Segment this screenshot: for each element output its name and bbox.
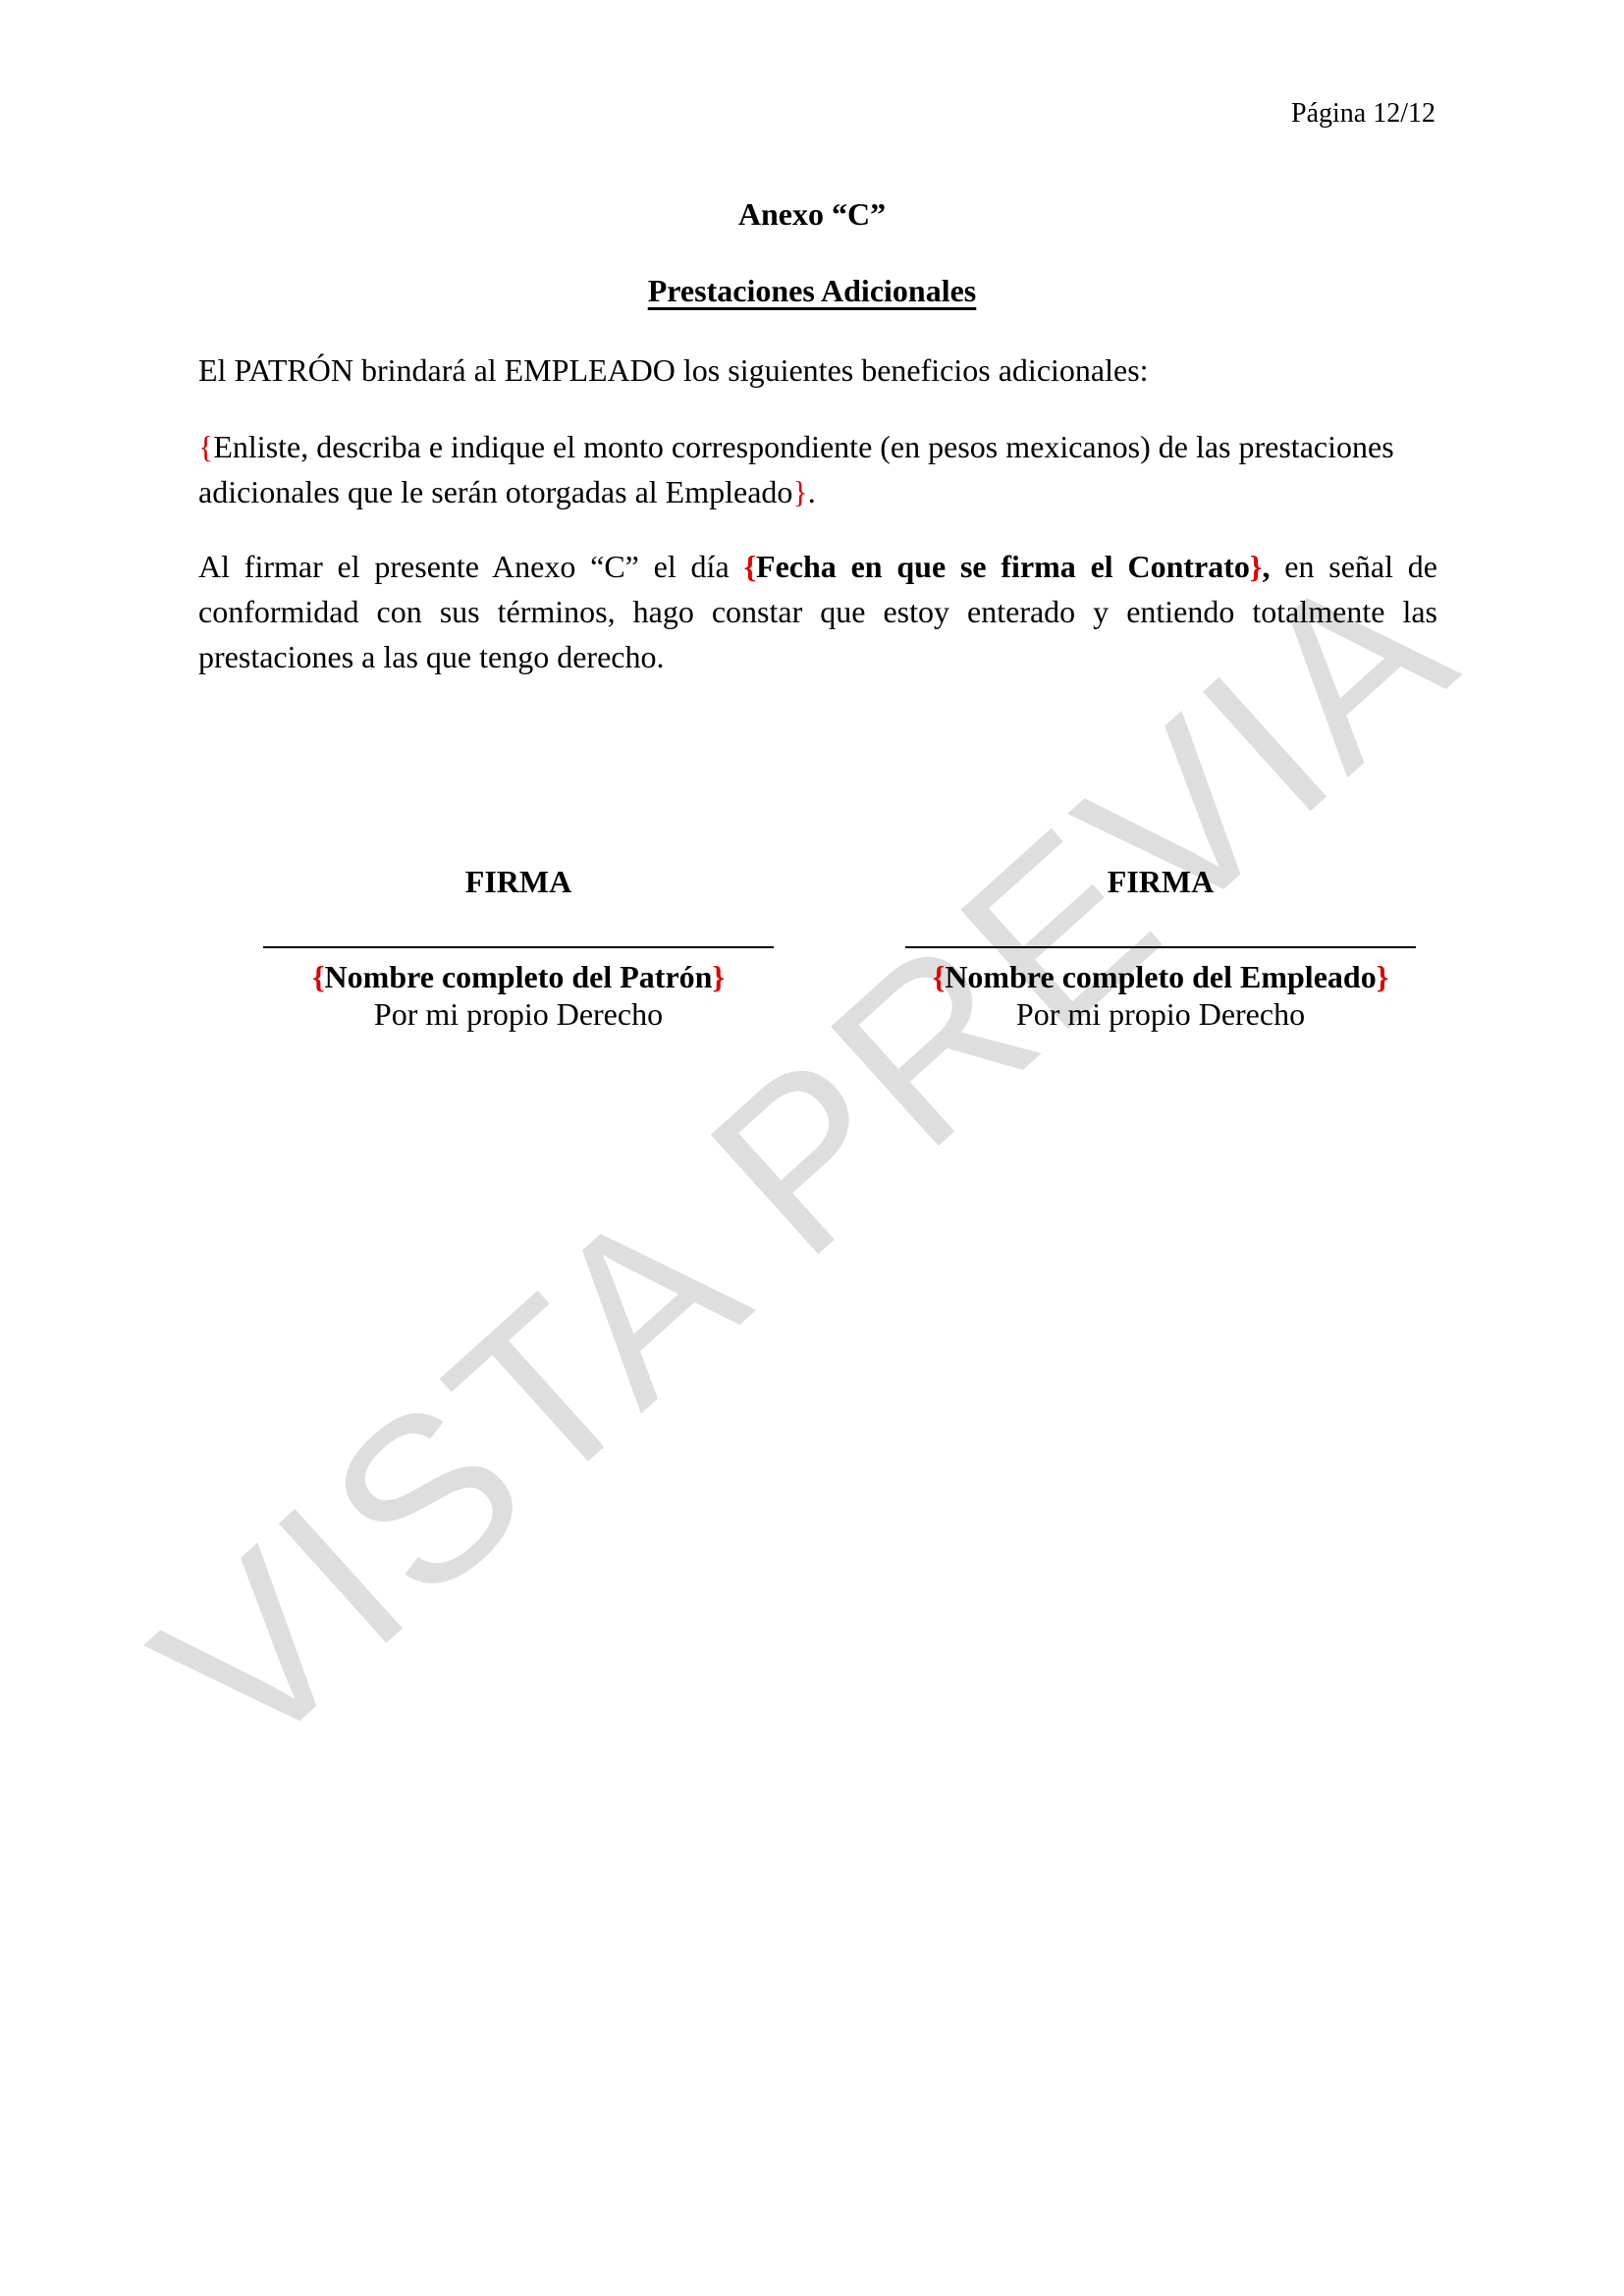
period: . (808, 474, 816, 509)
date-placeholder: Fecha en que se firma el Contrato (756, 549, 1250, 584)
signature-block-employee: FIRMA {Nombre completo del Empleado} Por… (905, 862, 1416, 1033)
acknowledgement-paragraph: Al firmar el presente Anexo “C” el día {… (198, 544, 1437, 679)
open-brace: { (198, 429, 213, 464)
open-brace: { (312, 959, 325, 994)
acknowledgement-lead: Al firmar el presente Anexo “C” el día (198, 549, 743, 584)
employee-name-placeholder: {Nombre completo del Empleado} (905, 958, 1416, 995)
close-brace: } (1250, 549, 1263, 584)
page-content: Página 12/12 Anexo “C” Prestaciones Adic… (0, 0, 1624, 2296)
comma: , (1263, 549, 1271, 584)
page-number: Página 12/12 (1291, 98, 1435, 130)
close-brace: } (1377, 959, 1389, 994)
close-brace: } (712, 959, 725, 994)
close-brace: } (792, 474, 807, 509)
employer-name-placeholder: {Nombre completo del Patrón} (263, 958, 774, 995)
signature-line (905, 946, 1416, 948)
employee-name-text: Nombre completo del Empleado (945, 959, 1376, 994)
intro-paragraph: El PATRÓN brindará al EMPLEADO los sigui… (198, 347, 1437, 393)
document-page: VISTA PREVIA Página 12/12 Anexo “C” Pres… (0, 0, 1624, 2296)
open-brace: { (933, 959, 946, 994)
signature-label: FIRMA (905, 862, 1416, 901)
signature-subtitle: Por mi propio Derecho (263, 995, 774, 1033)
section-title: Prestaciones Adicionales (0, 273, 1624, 309)
open-brace: { (743, 549, 756, 584)
employer-name-text: Nombre completo del Patrón (325, 959, 713, 994)
annex-title: Anexo “C” (0, 196, 1624, 233)
signature-label: FIRMA (263, 862, 774, 901)
signature-line (263, 946, 774, 948)
benefits-placeholder-paragraph: {Enliste, describa e indique el monto co… (198, 424, 1437, 514)
signature-subtitle: Por mi propio Derecho (905, 995, 1416, 1033)
signature-block-employer: FIRMA {Nombre completo del Patrón} Por m… (263, 862, 774, 1033)
